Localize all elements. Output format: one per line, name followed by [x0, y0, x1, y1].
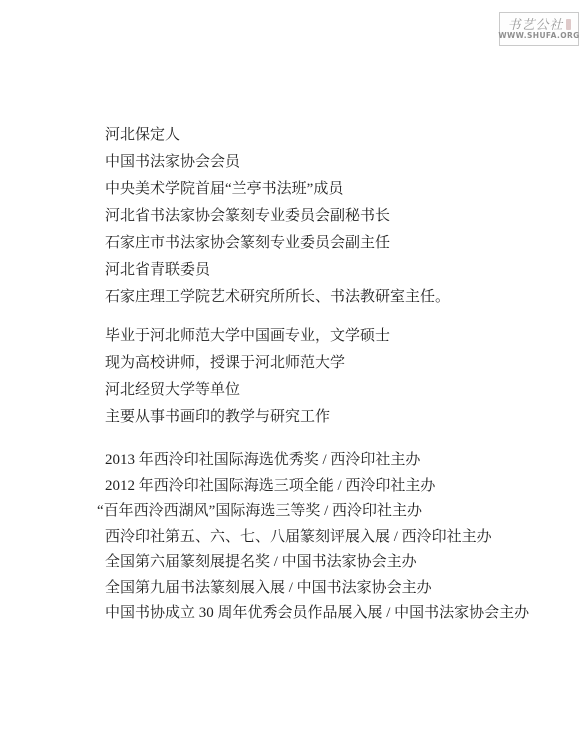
bio-line: 2013 年西泠印社国际海选优秀奖 / 西泠印社主办 [105, 448, 575, 474]
bio-line: 河北经贸大学等单位 [105, 377, 575, 404]
watermark-url: WWW.SHUFA.ORG [498, 32, 579, 40]
bio-line: “百年西泠西湖风”国际海选三等奖 / 西泠印社主办 [105, 499, 575, 525]
section-education-career: 毕业于河北师范大学中国画专业，文学硕士 现为高校讲师，授课于河北师范大学 河北经… [105, 323, 575, 431]
watermark-calligraphy-logo: 书艺公社 [507, 18, 563, 31]
bio-line: 2012 年西泠印社国际海选三项全能 / 西泠印社主办 [105, 474, 575, 500]
watermark-brand-row: 书艺公社 [507, 18, 570, 31]
bio-line: 主要从事书画印的教学与研究工作 [105, 404, 575, 431]
biography-text: 河北保定人 中国书法家协会会员 中央美术学院首届“兰亭书法班”成员 河北省书法家… [105, 122, 575, 627]
section-memberships-titles: 河北保定人 中国书法家协会会员 中央美术学院首届“兰亭书法班”成员 河北省书法家… [105, 122, 575, 311]
bio-line: 西泠印社第五、六、七、八届篆刻评展入展 / 西泠印社主办 [105, 525, 575, 551]
bio-line: 河北保定人 [105, 122, 575, 149]
bio-line: 现为高校讲师，授课于河北师范大学 [105, 350, 575, 377]
bio-line: 毕业于河北师范大学中国画专业，文学硕士 [105, 323, 575, 350]
bio-line: 石家庄市书法家协会篆刻专业委员会副主任 [105, 230, 575, 257]
bio-line: 河北省青联委员 [105, 257, 575, 284]
section-awards-exhibitions: 2013 年西泠印社国际海选优秀奖 / 西泠印社主办 2012 年西泠印社国际海… [105, 448, 575, 627]
seal-icon [566, 19, 571, 30]
bio-line: 全国第九届书法篆刻展入展 / 中国书法家协会主办 [105, 576, 575, 602]
bio-line: 中国书法家协会会员 [105, 149, 575, 176]
bio-line: 石家庄理工学院艺术研究所所长、书法教研室主任。 [105, 284, 575, 311]
bio-line: 全国第六届篆刻展提名奖 / 中国书法家协会主办 [105, 550, 575, 576]
site-watermark: 书艺公社 WWW.SHUFA.ORG [499, 12, 579, 46]
bio-line: 中央美术学院首届“兰亭书法班”成员 [105, 176, 575, 203]
bio-line: 河北省书法家协会篆刻专业委员会副秘书长 [105, 203, 575, 230]
bio-line: 中国书协成立 30 周年优秀会员作品展入展 / 中国书法家协会主办 [105, 601, 575, 627]
